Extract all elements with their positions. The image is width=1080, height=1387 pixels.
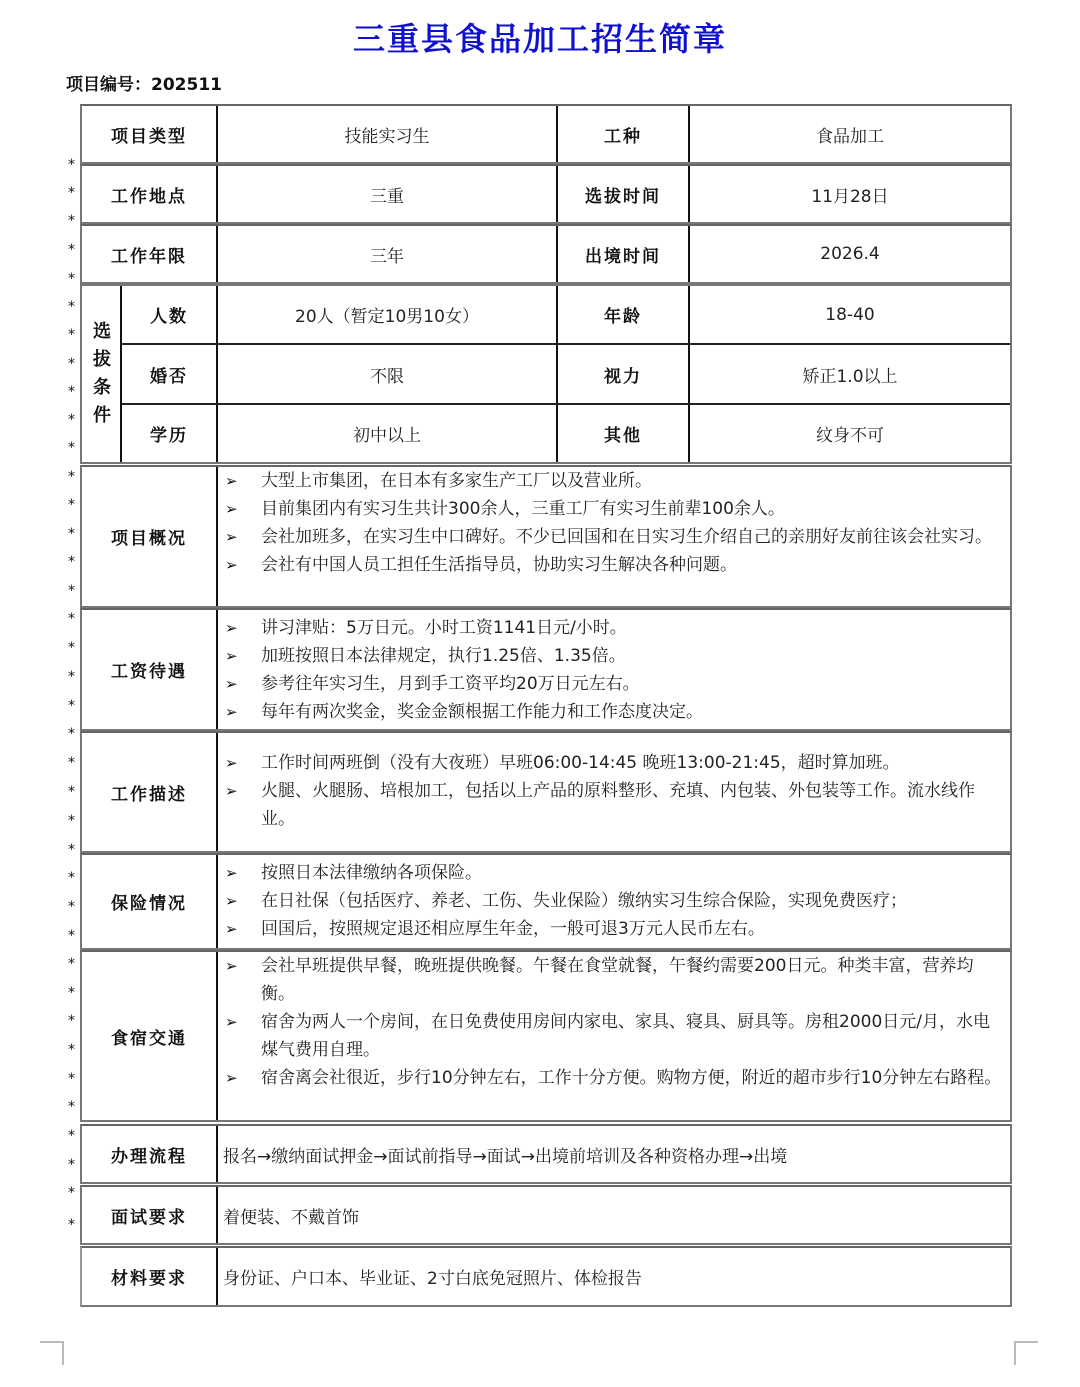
list-item: ➢会社有中国人员工担任生活指导员，协助实习生解决各种问题。	[223, 551, 1006, 579]
section-label: 保险情况	[82, 855, 216, 948]
section-value: 着便装、不戴首饰	[221, 1187, 1010, 1243]
section-materials: 材料要求 身份证、户口本、毕业证、2寸白底免冠照片、体检报告	[80, 1246, 1012, 1307]
field-value: 三年	[218, 226, 556, 282]
arrow-bullet-icon: ➢	[223, 614, 261, 642]
star-marker-icon: *	[68, 1100, 75, 1114]
arrow-bullet-icon: ➢	[223, 642, 261, 670]
section-insurance: 保险情况 ➢按照日本法律缴纳各项保险。 ➢在日社保（包括医疗、养老、工伤、失业保…	[80, 853, 1012, 950]
star-marker-icon: *	[68, 300, 75, 314]
section-label: 面试要求	[82, 1187, 216, 1243]
star-marker-icon: *	[68, 1186, 75, 1200]
field-label: 工作年限	[82, 226, 216, 282]
section-interview-requirements: 面试要求 着便装、不戴首饰	[80, 1185, 1012, 1245]
arrow-bullet-icon: ➢	[223, 698, 261, 726]
field-label: 其他	[558, 405, 688, 462]
section-value: 报名→缴纳面试押金→面试前指导→面试→出境前培训及各种资格办理→出境	[221, 1126, 1010, 1182]
section-value: 身份证、户口本、毕业证、2寸白底免冠照片、体检报告	[221, 1248, 1010, 1305]
star-marker-icon: *	[68, 470, 75, 484]
list-item: ➢每年有两次奖金，奖金金额根据工作能力和工作态度决定。	[223, 698, 1006, 726]
field-label: 工作地点	[82, 166, 216, 222]
field-label: 工种	[558, 106, 688, 162]
page-corner-mark-right	[1014, 1341, 1038, 1365]
section-job-description: 工作描述 ➢工作时间两班倒（没有大夜班）早班06:00-14:45 晚班13:0…	[80, 731, 1012, 853]
star-marker-icon: *	[68, 929, 75, 943]
star-marker-icon: *	[68, 1043, 75, 1057]
arrow-bullet-icon: ➢	[223, 1008, 261, 1064]
list-item: ➢目前集团内有实习生共计300余人，三重工厂有实习生前辈100余人。	[223, 495, 1006, 523]
star-marker-icon: *	[68, 555, 75, 569]
arrow-bullet-icon: ➢	[223, 1064, 261, 1092]
star-marker-icon: *	[68, 957, 75, 971]
field-value: 初中以上	[218, 405, 556, 462]
star-marker-icon: *	[68, 1129, 75, 1143]
field-label: 项目类型	[82, 106, 216, 162]
arrow-bullet-icon: ➢	[223, 495, 261, 523]
star-marker-icon: *	[68, 1014, 75, 1028]
table-row: 婚否 不限 视力 矫正1.0以上	[122, 345, 1010, 405]
field-value: 食品加工	[690, 106, 1010, 162]
section-label: 项目概况	[82, 467, 216, 606]
arrow-bullet-icon: ➢	[223, 952, 261, 1008]
list-item: ➢按照日本法律缴纳各项保险。	[223, 859, 1006, 887]
star-marker-icon: *	[68, 641, 75, 655]
star-marker-icon: *	[68, 186, 75, 200]
field-label: 婚否	[122, 345, 216, 403]
table-row: 工作地点 三重 选拔时间 11月28日	[80, 164, 1012, 224]
bullet-list: ➢会社早班提供早餐，晚班提供晚餐。午餐在食堂就餐，午餐约需要200日元。种类丰富…	[219, 952, 1010, 1120]
star-marker-icon: *	[68, 1072, 75, 1086]
star-marker-icon: *	[68, 385, 75, 399]
list-item: ➢在日社保（包括医疗、养老、工伤、失业保险）缴纳实习生综合保险，实现免费医疗；	[223, 887, 1006, 915]
section-salary: 工资待遇 ➢讲习津贴：5万日元。小时工资1141日元/小时。 ➢加班按照日本法律…	[80, 608, 1012, 731]
star-marker-icon: *	[68, 843, 75, 857]
list-item: ➢大型上市集团，在日本有多家生产工厂以及营业所。	[223, 467, 1006, 495]
bullet-list: ➢工作时间两班倒（没有大夜班）早班06:00-14:45 晚班13:00-21:…	[219, 733, 1010, 851]
list-item: ➢宿舍离会社很近，步行10分钟左右，工作十分方便。购物方便，附近的超市步行10分…	[223, 1064, 1006, 1092]
list-item: ➢回国后，按照规定退还相应厚生年金，一般可退3万元人民币左右。	[223, 915, 1006, 943]
star-marker-icon: *	[68, 272, 75, 286]
star-marker-icon: *	[68, 1158, 75, 1172]
star-marker-icon: *	[68, 900, 75, 914]
star-marker-icon: *	[68, 243, 75, 257]
list-item: ➢加班按照日本法律规定，执行1.25倍、1.35倍。	[223, 642, 1006, 670]
list-item: ➢火腿、火腿肠、培根加工，包括以上产品的原料整形、充填、内包装、外包装等工作。流…	[223, 777, 1006, 833]
arrow-bullet-icon: ➢	[223, 859, 261, 887]
star-marker-icon: *	[68, 814, 75, 828]
star-marker-icon: *	[68, 158, 75, 172]
star-marker-icon: *	[68, 986, 75, 1000]
selection-criteria-label: 选 拔 条 件	[82, 286, 122, 462]
field-value: 2026.4	[690, 226, 1010, 282]
star-marker-icon: *	[68, 413, 75, 427]
section-label: 食宿交通	[82, 952, 216, 1120]
label-char: 条	[93, 374, 111, 402]
table-row: 人数 20人（暂定10男10女） 年龄 18-40	[122, 286, 1010, 345]
section-accommodation: 食宿交通 ➢会社早班提供早餐，晚班提供晚餐。午餐在食堂就餐，午餐约需要200日元…	[80, 950, 1012, 1122]
field-label: 出境时间	[558, 226, 688, 282]
page-corner-mark-left	[40, 1341, 64, 1365]
section-label: 工资待遇	[82, 610, 216, 729]
list-item: ➢会社加班多，在实习生中口碑好。不少已回国和在日实习生介绍自己的亲朋好友前往该会…	[223, 523, 1006, 551]
star-marker-icon: *	[68, 527, 75, 541]
list-item: ➢讲习津贴：5万日元。小时工资1141日元/小时。	[223, 614, 1006, 642]
star-marker-icon: *	[68, 584, 75, 598]
field-label: 年龄	[558, 286, 688, 343]
arrow-bullet-icon: ➢	[223, 523, 261, 551]
selection-criteria-group: 选 拔 条 件 人数 20人（暂定10男10女） 年龄 18-40 婚否 不限 …	[80, 284, 1012, 464]
section-label: 工作描述	[82, 733, 216, 851]
table-row: 工作年限 三年 出境时间 2026.4	[80, 224, 1012, 284]
field-value: 不限	[218, 345, 556, 403]
field-value: 三重	[218, 166, 556, 222]
arrow-bullet-icon: ➢	[223, 467, 261, 495]
star-marker-icon: *	[68, 357, 75, 371]
bullet-list: ➢按照日本法律缴纳各项保险。 ➢在日社保（包括医疗、养老、工伤、失业保险）缴纳实…	[219, 855, 1010, 948]
field-label: 选拔时间	[558, 166, 688, 222]
section-label: 材料要求	[82, 1248, 216, 1305]
section-label: 办理流程	[82, 1126, 216, 1182]
star-marker-icon: *	[68, 785, 75, 799]
star-marker-icon: *	[68, 214, 75, 228]
star-marker-icon: *	[68, 498, 75, 512]
document-title: 三重县食品加工招生简章	[0, 14, 1080, 60]
bullet-list: ➢大型上市集团，在日本有多家生产工厂以及营业所。 ➢目前集团内有实习生共计300…	[219, 467, 1010, 606]
arrow-bullet-icon: ➢	[223, 915, 261, 943]
field-label: 视力	[558, 345, 688, 403]
list-item: ➢会社早班提供早餐，晚班提供晚餐。午餐在食堂就餐，午餐约需要200日元。种类丰富…	[223, 952, 1006, 1008]
label-char: 件	[93, 402, 111, 430]
star-marker-icon: *	[68, 441, 75, 455]
list-item: ➢工作时间两班倒（没有大夜班）早班06:00-14:45 晚班13:00-21:…	[223, 749, 1006, 777]
star-marker-icon: *	[68, 727, 75, 741]
star-marker-icon: *	[68, 612, 75, 626]
arrow-bullet-icon: ➢	[223, 670, 261, 698]
list-item: ➢宿舍为两人一个房间，在日免费使用房间内家电、家具、寝具、厨具等。房租2000日…	[223, 1008, 1006, 1064]
label-char: 拔	[93, 346, 111, 374]
field-value: 20人（暂定10男10女）	[218, 286, 556, 343]
section-project-overview: 项目概况 ➢大型上市集团，在日本有多家生产工厂以及营业所。 ➢目前集团内有实习生…	[80, 465, 1012, 608]
table-row: 项目类型 技能实习生 工种 食品加工	[80, 104, 1012, 164]
project-number: 项目编号：202511	[66, 70, 222, 95]
field-value: 纹身不可	[690, 405, 1010, 462]
star-marker-icon: *	[68, 328, 75, 342]
arrow-bullet-icon: ➢	[223, 887, 261, 915]
star-marker-icon: *	[68, 871, 75, 885]
field-value: 11月28日	[690, 166, 1010, 222]
star-marker-icon: *	[68, 1218, 75, 1232]
field-label: 人数	[122, 286, 216, 343]
label-char: 选	[93, 318, 111, 346]
list-item: ➢参考往年实习生，月到手工资平均20万日元左右。	[223, 670, 1006, 698]
star-marker-icon: *	[68, 756, 75, 770]
star-marker-icon: *	[68, 699, 75, 713]
star-marker-icon: *	[68, 670, 75, 684]
table-row: 学历 初中以上 其他 纹身不可	[122, 405, 1010, 462]
arrow-bullet-icon: ➢	[223, 551, 261, 579]
field-value: 18-40	[690, 286, 1010, 343]
field-value: 技能实习生	[218, 106, 556, 162]
arrow-bullet-icon: ➢	[223, 749, 261, 777]
bullet-list: ➢讲习津贴：5万日元。小时工资1141日元/小时。 ➢加班按照日本法律规定，执行…	[219, 610, 1010, 729]
arrow-bullet-icon: ➢	[223, 777, 261, 833]
field-value: 矫正1.0以上	[690, 345, 1010, 403]
section-process: 办理流程 报名→缴纳面试押金→面试前指导→面试→出境前培训及各种资格办理→出境	[80, 1124, 1012, 1184]
field-label: 学历	[122, 405, 216, 462]
